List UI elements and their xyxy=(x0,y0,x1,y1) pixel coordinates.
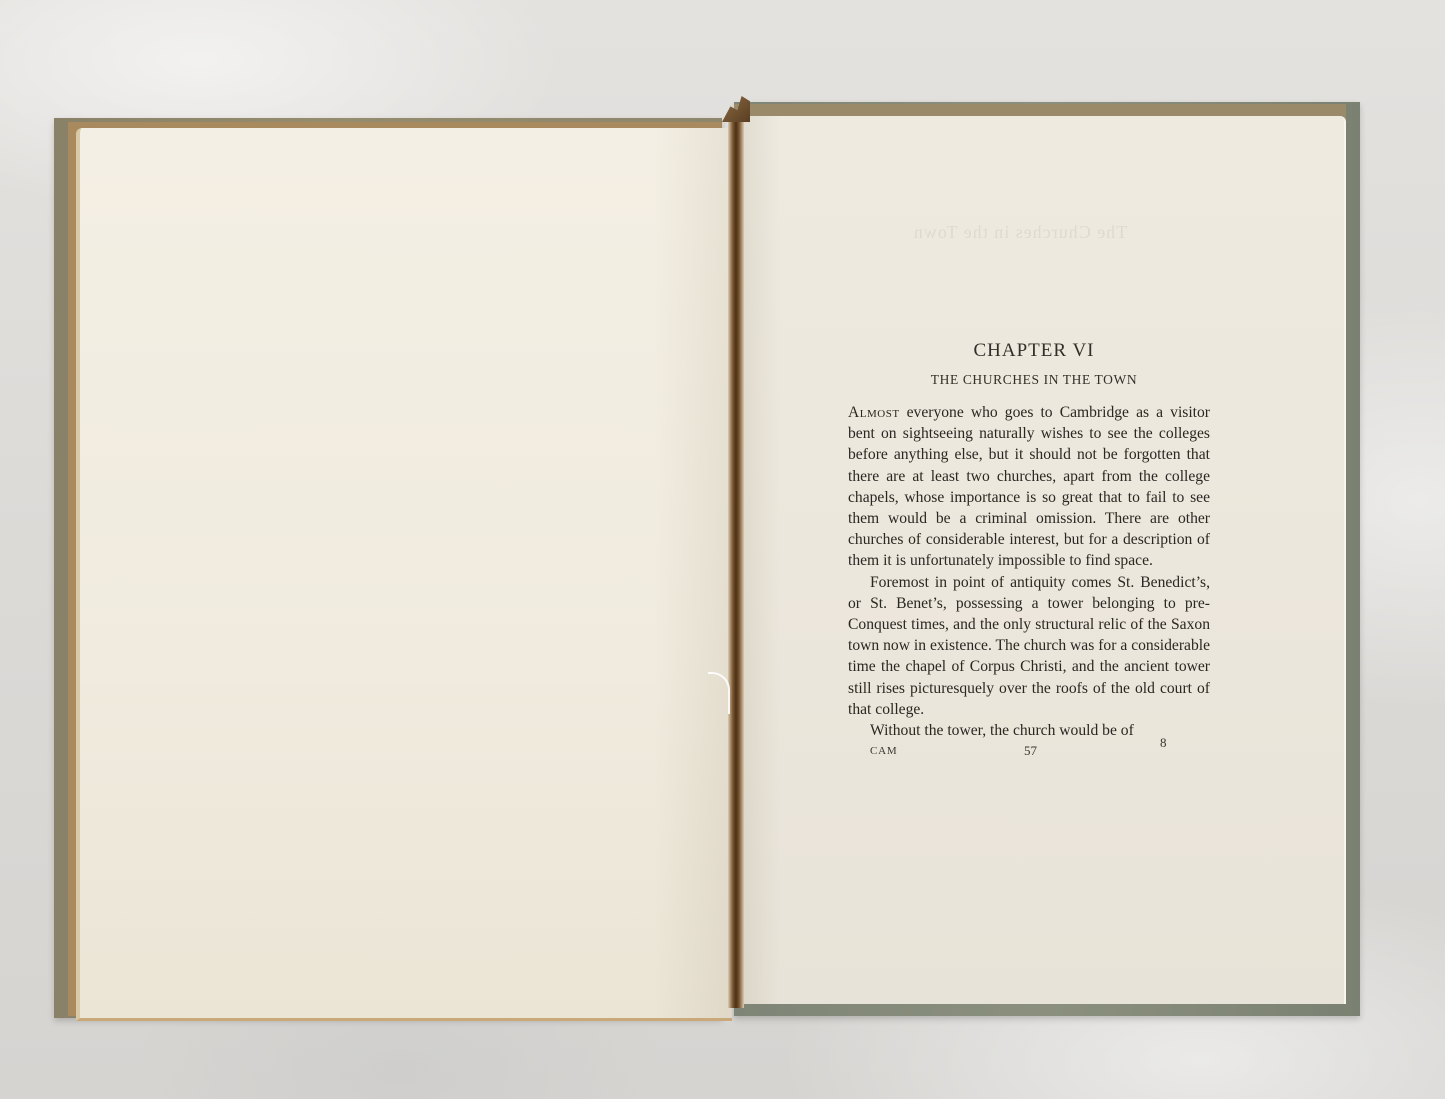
chapter-title: THE CHURCHES IN THE TOWN xyxy=(848,372,1210,388)
show-through-heading: The Churches in the Town xyxy=(890,222,1150,243)
chapter-text-block: CHAPTER VI THE CHURCHES IN THE TOWN Almo… xyxy=(848,340,1210,761)
chapter-number: CHAPTER VI xyxy=(848,340,1210,362)
page-footer: CAM 57 8 xyxy=(848,741,1210,761)
signature-mark: CAM xyxy=(870,745,897,757)
left-page-blank xyxy=(76,128,732,1021)
sheet-mark: 8 xyxy=(1160,735,1167,751)
paragraph-3: Without the tower, the church would be o… xyxy=(848,720,1210,741)
page-number: 57 xyxy=(1024,743,1037,759)
paragraph-1-text: everyone who goes to Cambridge as a visi… xyxy=(848,404,1210,569)
book-spine-gutter xyxy=(728,118,744,1008)
paragraph-lead-word: Almost xyxy=(848,404,900,421)
paragraph-2: Foremost in point of antiquity comes St.… xyxy=(848,572,1210,720)
paragraph-1: Almost everyone who goes to Cambridge as… xyxy=(848,402,1210,572)
